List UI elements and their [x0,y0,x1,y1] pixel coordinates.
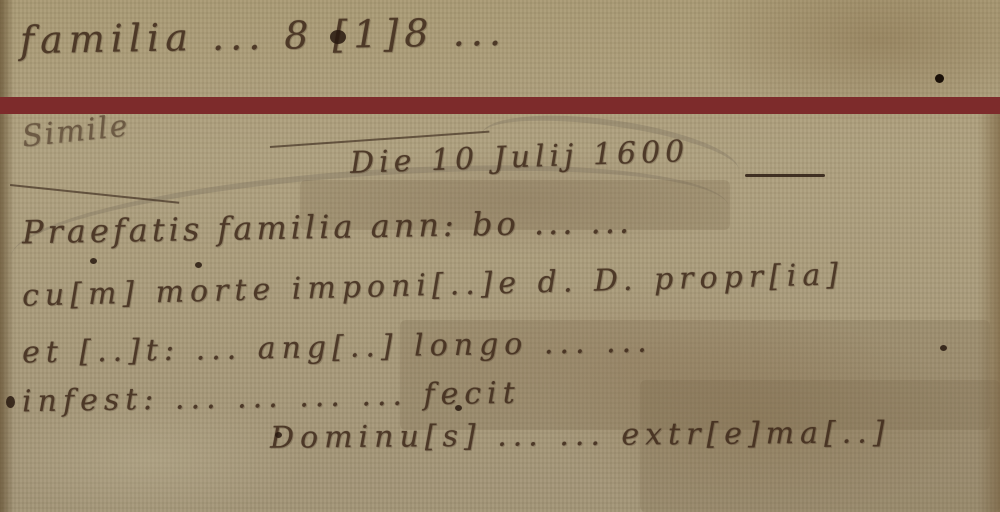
ink-blot [6,396,15,408]
ink-blot [935,74,944,83]
ink-blot [195,262,202,268]
ink-blot [330,30,346,44]
ink-blot [275,432,282,438]
year-underline [745,174,825,177]
ink-blot [455,405,462,411]
ink-blot [940,345,947,351]
top-fragment-line: familia ... 8 [1]8 ... [20,10,508,62]
ink-blot [90,258,97,264]
manuscript-line-5: Dominu[s] ... ... extr[e]ma[..] [270,415,891,455]
red-divider [0,97,1000,114]
manuscript-page: familia ... 8 [1]8 ... Simile Die 10 Jul… [0,0,1000,512]
